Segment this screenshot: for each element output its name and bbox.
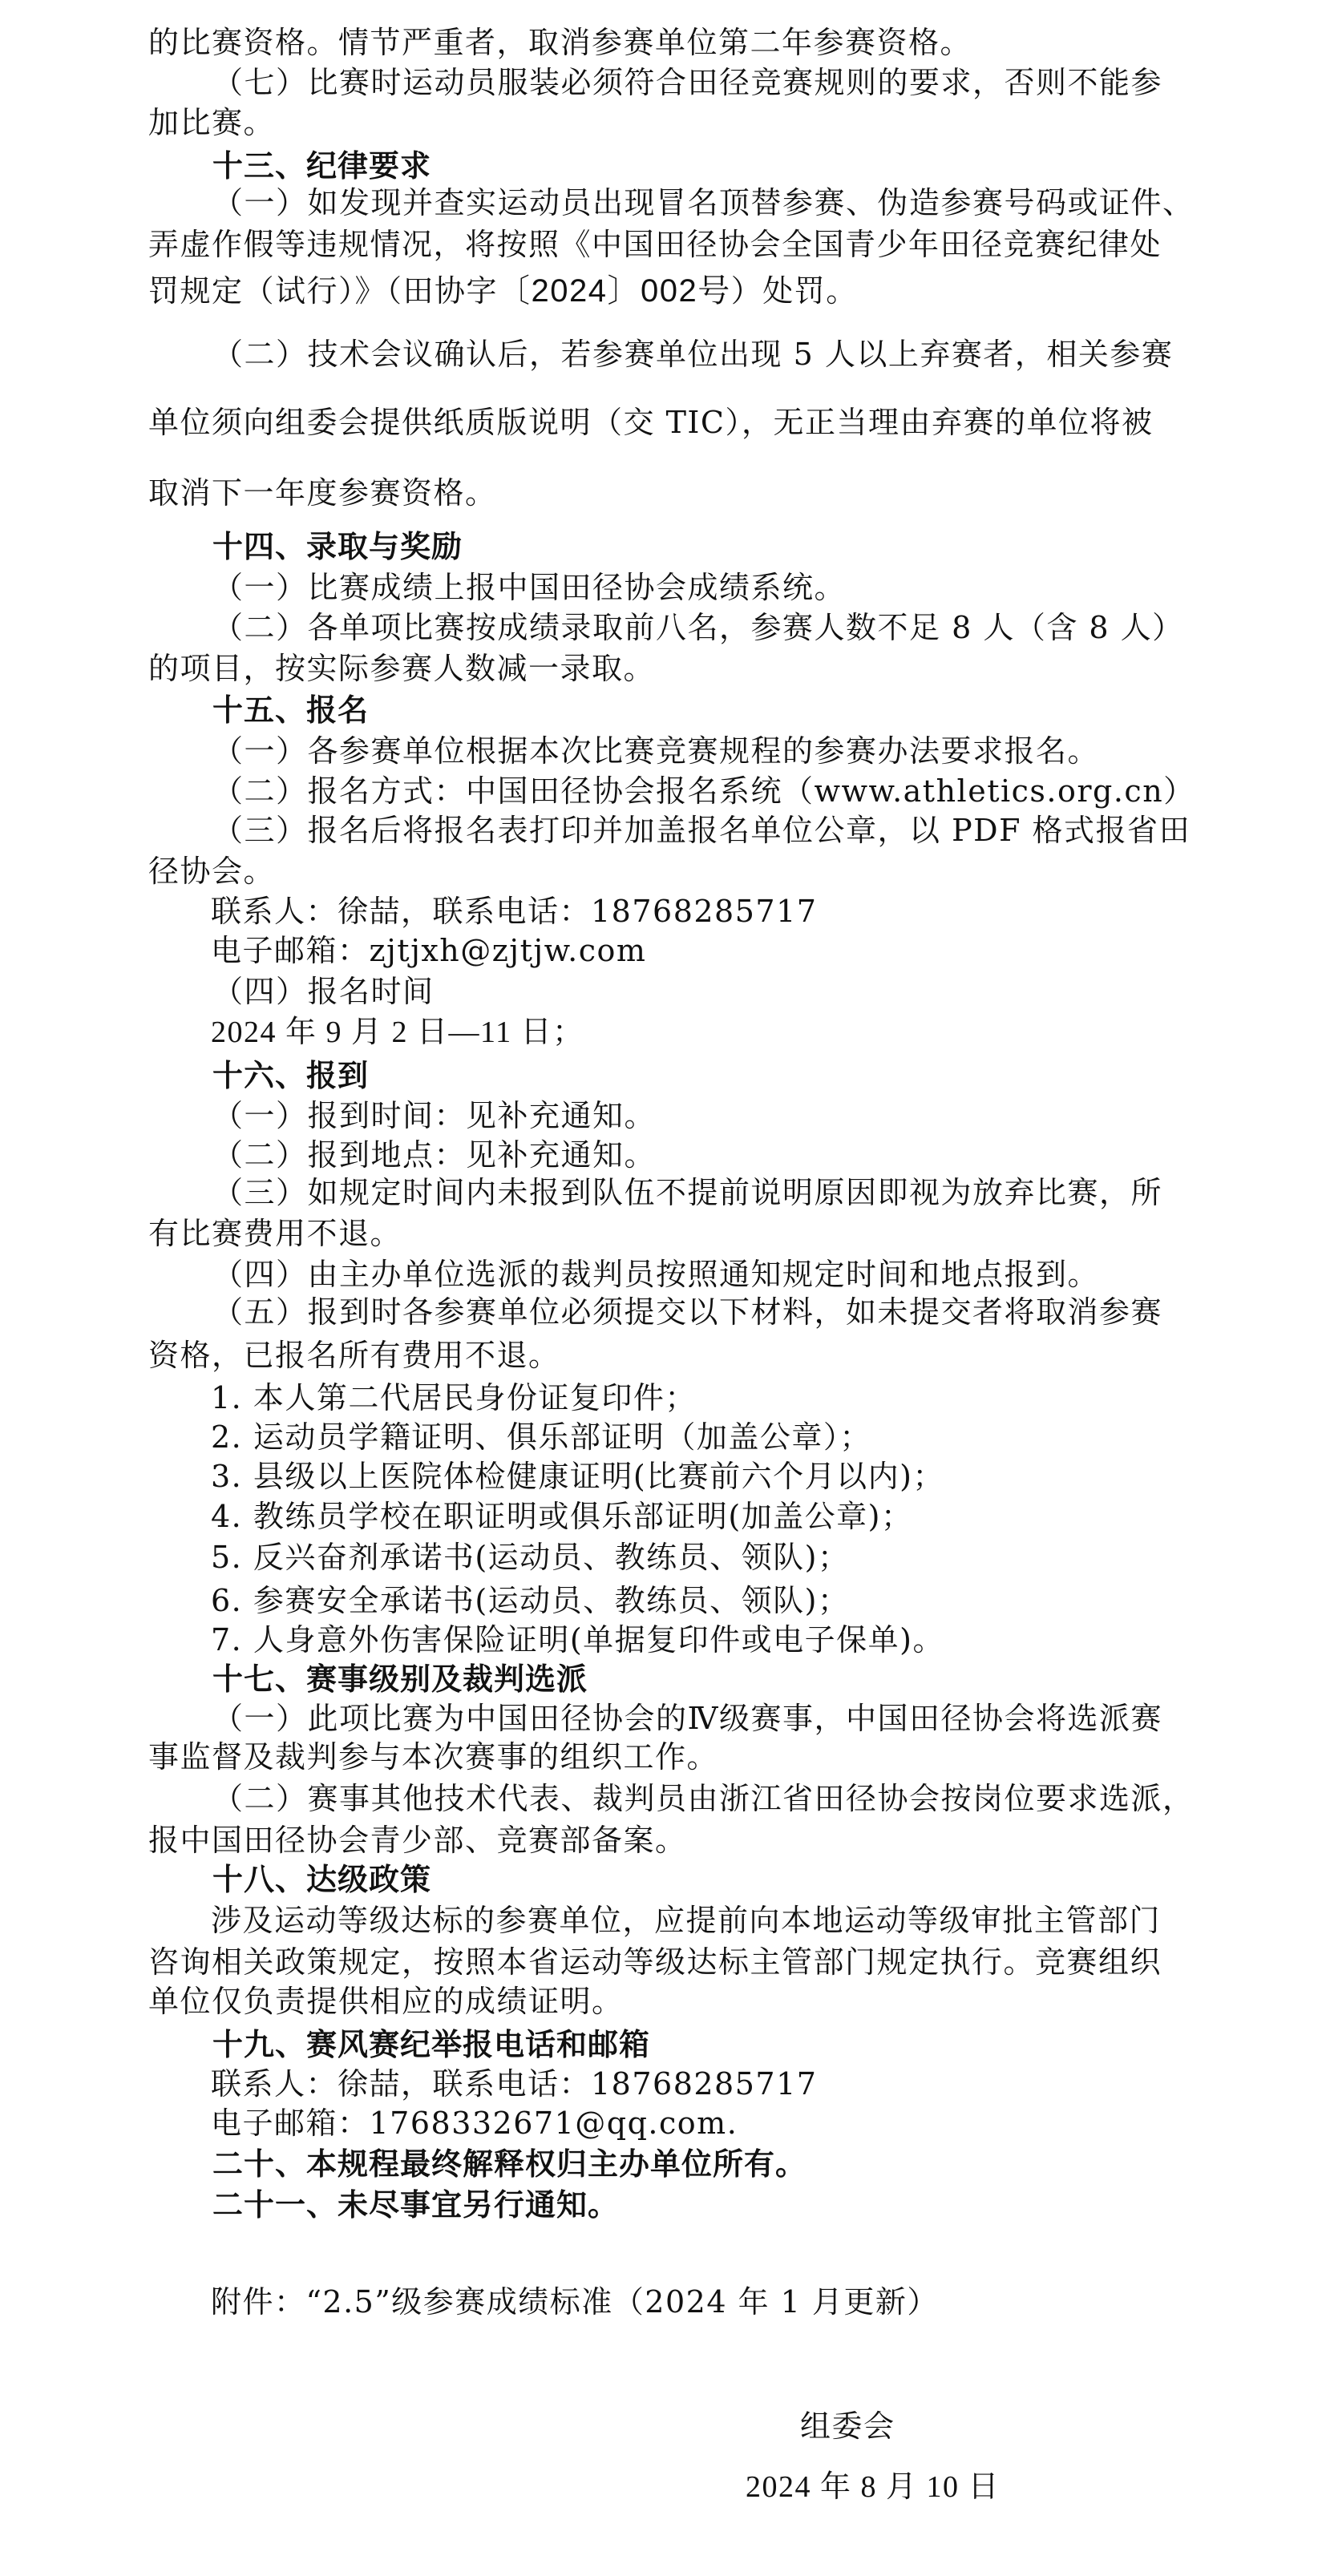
paragraph-line: 报中国田径协会青少部、竞赛部备案。 bbox=[148, 1820, 1138, 1860]
list-item: 4. 教练员学校在职证明或俱乐部证明(加盖公章)； bbox=[211, 1496, 1201, 1536]
list-item: 1. 本人第二代居民身份证复印件； bbox=[211, 1378, 1201, 1418]
paragraph-line: 咨询相关政策规定，按照本省运动等级达标主管部门规定执行。竞赛组织 bbox=[148, 1942, 1138, 1982]
paragraph-line: 有比赛费用不退。 bbox=[148, 1213, 1138, 1254]
section-heading-18: 十八、达级政策 bbox=[212, 1859, 1138, 1900]
regulation-tail: ）处罚。 bbox=[731, 273, 858, 309]
paragraph-line: 的比赛资格。情节严重者，取消参赛单位第二年参赛资格。 bbox=[148, 22, 1138, 63]
section-heading-21: 二十一、未尽事宜另行通知。 bbox=[212, 2185, 1138, 2225]
clause-line: （二）报到地点：见补充通知。 bbox=[212, 1135, 1138, 1175]
list-item: 5. 反兴奋剂承诺书(运动员、教练员、领队)； bbox=[211, 1537, 1201, 1577]
clause-line: （一）报到时间：见补充通知。 bbox=[212, 1096, 1138, 1136]
clause-line: （四）由主办单位选派的裁判员按照通知规定时间和地点报到。 bbox=[212, 1254, 1138, 1294]
paragraph-line: 加比赛。 bbox=[148, 103, 1138, 143]
paragraph-line: 的项目，按实际参赛人数减一录取。 bbox=[148, 648, 1138, 688]
clause-line: （二）各单项比赛按成绩录取前八名，参赛人数不足 8 人（含 8 人） bbox=[212, 608, 1138, 648]
list-item: 2. 运动员学籍证明、俱乐部证明（加盖公章）； bbox=[211, 1417, 1201, 1457]
paragraph-line: 单位仅负责提供相应的成绩证明。 bbox=[148, 1981, 1138, 2021]
section-heading-13: 十三、纪律要求 bbox=[212, 146, 1138, 186]
clause-line: （二）技术会议确认后，若参赛单位出现 5 人以上弃赛者，相关参赛 bbox=[212, 334, 1138, 374]
document-page: 的比赛资格。情节严重者，取消参赛单位第二年参赛资格。 （七）比赛时运动员服装必须… bbox=[0, 0, 1326, 2576]
section-heading-14: 十四、录取与奖励 bbox=[212, 527, 1138, 567]
paragraph-line: 资格，已报名所有费用不退。 bbox=[148, 1335, 1138, 1375]
attachment-note: 附件：“2.5”级参赛成绩标准（2024 年 1 月更新） bbox=[211, 2282, 1201, 2322]
email-line: 电子邮箱：zjtjxh@zjtjw.com bbox=[211, 931, 1201, 971]
clause-line: （五）报到时各参赛单位必须提交以下材料，如未提交者将取消参赛 bbox=[212, 1292, 1138, 1332]
section-heading-17: 十七、赛事级别及裁判选派 bbox=[212, 1659, 1138, 1699]
clause-line: （二）报名方式：中国田径协会报名系统（www.athletics.org.cn） bbox=[212, 771, 1138, 811]
section-heading-16: 十六、报到 bbox=[212, 1056, 1138, 1096]
document-number: 〔2024〕002号 bbox=[498, 273, 731, 309]
list-item: 6. 参赛安全承诺书(运动员、教练员、领队)； bbox=[211, 1581, 1201, 1621]
clause-line: （一）此项比赛为中国田径协会的Ⅳ级赛事，中国田径协会将选派赛 bbox=[212, 1698, 1138, 1738]
section-heading-19: 十九、赛风赛纪举报电话和邮箱 bbox=[212, 2025, 1138, 2065]
paragraph-line: 单位须向组委会提供纸质版说明（交 TIC），无正当理由弃赛的单位将被 bbox=[148, 402, 1138, 442]
clause-line: （一）如发现并查实运动员出现冒名顶替参赛、伪造参赛号码或证件、 bbox=[212, 183, 1138, 223]
contact-line: 联系人：徐喆，联系电话：18768285717 bbox=[211, 891, 1201, 931]
paragraph-line: 径协会。 bbox=[148, 851, 1138, 891]
clause-line: （三）报名后将报名表打印并加盖报名单位公章，以 PDF 格式报省田 bbox=[212, 810, 1138, 850]
email-line: 电子邮箱：1768332671@qq.com. bbox=[211, 2103, 1201, 2143]
clause-line: （一）各参赛单位根据本次比赛竞赛规程的参赛办法要求报名。 bbox=[212, 731, 1138, 771]
clause-line: （四）报名时间 bbox=[212, 971, 1138, 1011]
section-heading-20: 二十、本规程最终解释权归主办单位所有。 bbox=[212, 2144, 1138, 2184]
clause-line: （三）如规定时间内未报到队伍不提前说明原因即视为放弃比赛，所 bbox=[212, 1173, 1138, 1213]
signature-date: 2024 年 8 月 10 日 bbox=[746, 2467, 1000, 2507]
paragraph-line: 事监督及裁判参与本次赛事的组织工作。 bbox=[148, 1737, 1138, 1777]
regulation-title: 罚规定（试行）》（田协字 bbox=[148, 273, 498, 309]
list-item: 3. 县级以上医院体检健康证明(比赛前六个月以内)； bbox=[211, 1456, 1201, 1496]
signature-organizer: 组委会 bbox=[800, 2406, 895, 2446]
paragraph-line: 罚规定（试行）》（田协字〔2024〕002号）处罚。 bbox=[148, 271, 1138, 311]
section-heading-15: 十五、报名 bbox=[212, 690, 1138, 730]
paragraph-line: 涉及运动等级达标的参赛单位，应提前向本地运动等级审批主管部门 bbox=[211, 1900, 1201, 1940]
clause-7-line: （七）比赛时运动员服装必须符合田径竞赛规则的要求，否则不能参 bbox=[212, 63, 1138, 103]
registration-dates: 2024 年 9 月 2 日—11 日； bbox=[211, 1012, 1201, 1052]
clause-line: （一）比赛成绩上报中国田径协会成绩系统。 bbox=[212, 567, 1138, 608]
paragraph-line: 弄虚作假等违规情况，将按照《中国田径协会全国青少年田径竞赛纪律处 bbox=[148, 224, 1138, 264]
contact-line: 联系人：徐喆，联系电话：18768285717 bbox=[211, 2064, 1201, 2104]
list-item: 7. 人身意外伤害保险证明(单据复印件或电子保单)。 bbox=[211, 1620, 1201, 1660]
clause-line: （二）赛事其他技术代表、裁判员由浙江省田径协会按岗位要求选派， bbox=[212, 1779, 1138, 1819]
paragraph-line: 取消下一年度参赛资格。 bbox=[148, 473, 1138, 513]
